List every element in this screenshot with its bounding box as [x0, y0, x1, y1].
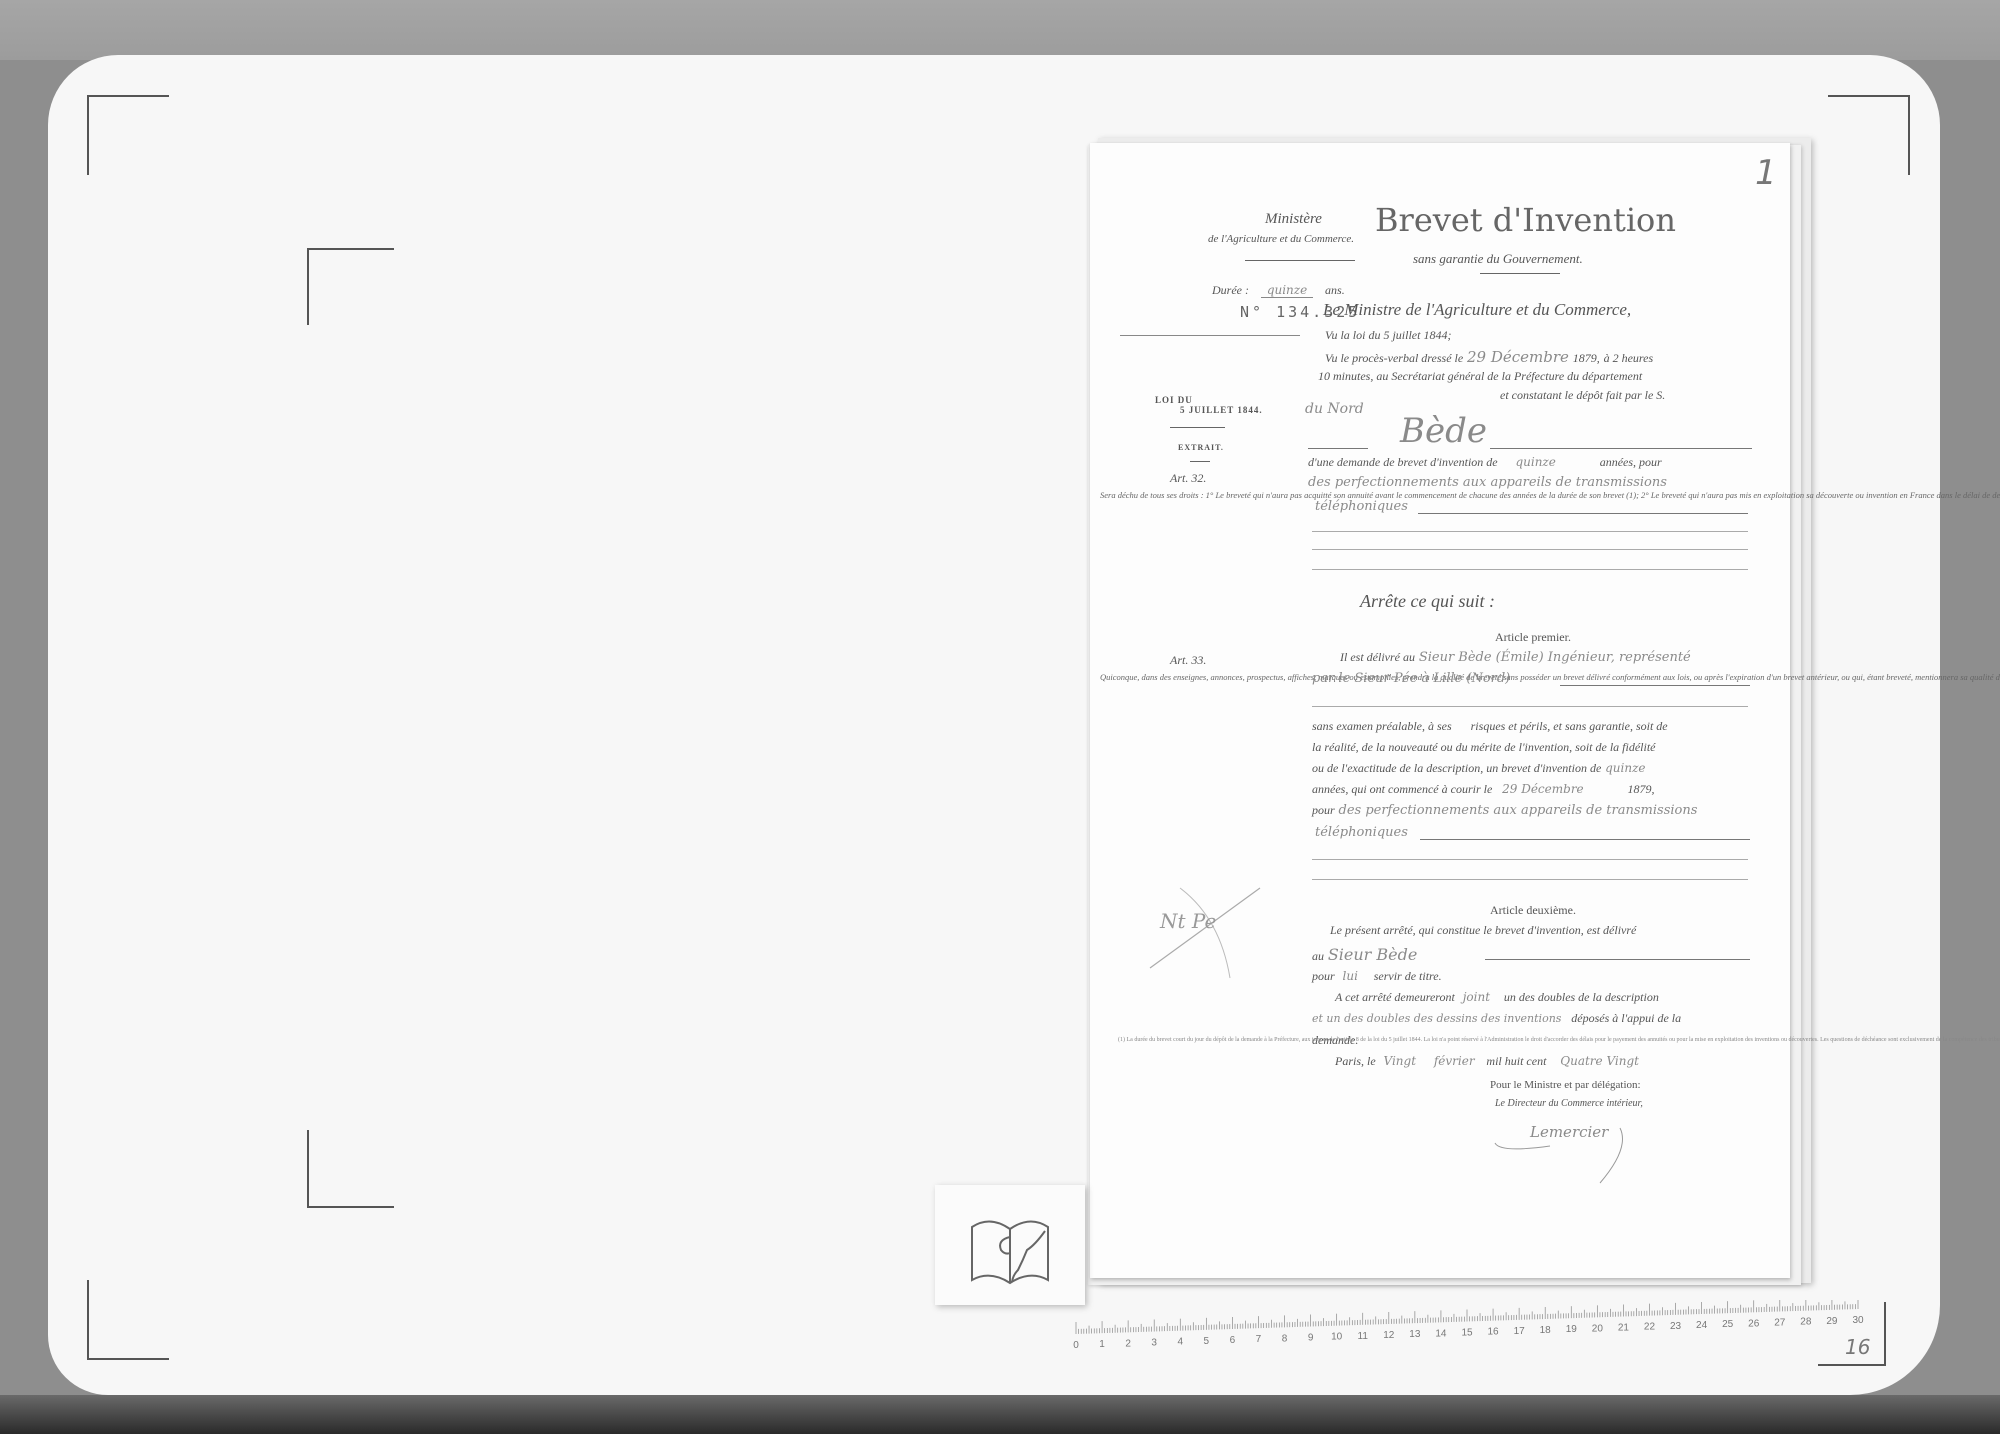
svg-text:5: 5: [1204, 1336, 1210, 1347]
svg-text:Nt Pe: Nt Pe: [1159, 909, 1216, 933]
article1-line5: pour des perfectionnements aux appareils…: [1312, 803, 1697, 818]
art33-text: Quiconque, dans des enseignes, annonces,…: [1100, 670, 1300, 684]
svg-text:7: 7: [1256, 1334, 1262, 1345]
invention-title-line1: des perfectionnements aux appareils de t…: [1308, 475, 1667, 490]
article2-line4: A cet arrêté demeureront joint un des do…: [1335, 990, 1659, 1005]
article2-line5: et un des doubles des dessins des invent…: [1312, 1011, 1681, 1026]
art32-title: Art. 32.: [1170, 471, 1206, 486]
demande-line: d'une demande de brevet d'invention de q…: [1308, 455, 1662, 470]
article1-blank-2: [1312, 879, 1748, 880]
applicant-line-left: [1308, 448, 1368, 449]
applicant-line-right: [1490, 448, 1752, 449]
svg-text:25: 25: [1722, 1319, 1734, 1330]
header-divider: [1120, 335, 1300, 336]
art33-title: Art. 33.: [1170, 653, 1206, 668]
ministry-subtitle: de l'Agriculture et du Commerce.: [1208, 233, 1354, 245]
svg-text:4: 4: [1177, 1337, 1183, 1348]
extract-divider: [1190, 461, 1210, 462]
article2-line3: pour lui servir de titre.: [1312, 969, 1442, 984]
svg-text:23: 23: [1670, 1321, 1682, 1332]
duration-row: Durée : quinze ans.: [1212, 283, 1345, 298]
article1-line2: la réalité, de la nouveauté ou du mérite…: [1312, 740, 1656, 755]
crop-mark-inner-bottom-left: [307, 1130, 394, 1208]
svg-text:17: 17: [1514, 1326, 1526, 1337]
invention-title-line2: téléphoniques: [1315, 499, 1408, 514]
measurement-ruler: 0123456789101112131415161718192021222324…: [1068, 1300, 1868, 1350]
article1-title: Article premier.: [1495, 630, 1571, 645]
crop-mark-top-right: [1828, 95, 1910, 175]
law-heading-line1: LOI DU: [1155, 395, 1193, 405]
svg-text:13: 13: [1409, 1329, 1421, 1340]
blank-line-3: [1312, 569, 1748, 570]
directeur-title: Le Directeur du Commerce intérieur,: [1495, 1098, 1643, 1109]
pour-le-ministre: Pour le Ministre et par délégation:: [1490, 1079, 1641, 1091]
svg-text:26: 26: [1748, 1318, 1760, 1329]
article1-line3: ou de l'exactitude de la description, un…: [1312, 761, 1646, 776]
article1-recipient-line2: par le Sieur Pée à Lille (Nord): [1312, 671, 1510, 686]
svg-text:11: 11: [1358, 1331, 1369, 1342]
svg-text:9: 9: [1308, 1333, 1314, 1344]
svg-text:2: 2: [1125, 1338, 1131, 1349]
svg-text:21: 21: [1618, 1323, 1630, 1334]
duration-value: quinze: [1261, 283, 1313, 298]
crop-mark-inner-top-left: [307, 248, 394, 325]
svg-text:18: 18: [1540, 1325, 1552, 1336]
arrete-heading: Arrête ce qui suit :: [1360, 591, 1495, 612]
article2-line1: Le présent arrêté, qui constitue le brev…: [1330, 923, 1636, 938]
invention-line-end: [1418, 513, 1748, 514]
article2-title: Article deuxième.: [1490, 903, 1576, 918]
svg-text:19: 19: [1566, 1324, 1578, 1335]
article2-line6: demande.: [1312, 1033, 1358, 1048]
department-value: du Nord: [1305, 401, 1364, 417]
svg-text:15: 15: [1461, 1328, 1473, 1339]
svg-text:20: 20: [1592, 1323, 1604, 1334]
svg-text:1: 1: [1099, 1339, 1105, 1350]
svg-text:22: 22: [1644, 1322, 1656, 1333]
svg-text:24: 24: [1696, 1320, 1708, 1331]
svg-text:28: 28: [1800, 1317, 1812, 1328]
extract-label: EXTRAIT.: [1178, 443, 1224, 452]
article1-recipient-line: Il est délivré au Sieur Bède (Émile) Ing…: [1340, 650, 1691, 665]
svg-text:8: 8: [1282, 1333, 1288, 1344]
vu-proces-verbal: Vu le procès-verbal dressé le 29 Décembr…: [1325, 348, 1653, 366]
scanner-background-bottom: [0, 1395, 2000, 1434]
vu-loi: Vu la loi du 5 juillet 1844;: [1325, 328, 1451, 343]
recipient-blank-line: [1312, 706, 1748, 707]
document-title: Brevet d'Invention: [1375, 201, 1676, 239]
svg-text:0: 0: [1073, 1340, 1079, 1350]
svg-text:29: 29: [1826, 1316, 1838, 1327]
svg-text:6: 6: [1230, 1335, 1236, 1346]
signature-flourish: [1490, 1118, 1650, 1188]
svg-text:3: 3: [1151, 1338, 1157, 1349]
crop-mark-bottom-left: [87, 1280, 169, 1360]
blank-line-1: [1312, 531, 1748, 532]
art32-text: Sera déchu de tous ses droits : 1° Le br…: [1100, 488, 1300, 502]
svg-text:10: 10: [1331, 1332, 1343, 1343]
folio-mark: 1: [1755, 153, 1777, 193]
article2-line-end: [1485, 959, 1750, 960]
law-footnote: (1) La durée du brevet court du jour du …: [1118, 1036, 1308, 1045]
duration-unit: ans.: [1325, 283, 1345, 297]
patent-document: 1 Ministère de l'Agriculture et du Comme…: [1090, 143, 1790, 1278]
article2-line2: au Sieur Bède: [1312, 945, 1417, 964]
minister-line: Le Ministre de l'Agriculture et du Comme…: [1323, 300, 1631, 320]
paris-date-line: Paris, le Vingt février mil huit cent Qu…: [1335, 1054, 1639, 1069]
article1-line4: années, qui ont commencé à courir le 29 …: [1312, 782, 1654, 797]
ornament-divider: [1245, 260, 1355, 261]
svg-text:14: 14: [1435, 1328, 1447, 1339]
article1-line1: sans examen préalable, à ses risques et …: [1312, 719, 1668, 734]
constatant-line: et constatant le dépôt fait par le S.: [1500, 388, 1665, 403]
minutes-line: 10 minutes, au Secrétariat général de la…: [1318, 369, 1642, 384]
duration-label: Durée :: [1212, 283, 1249, 297]
law-divider: [1170, 427, 1225, 428]
archive-logo-card: [935, 1185, 1085, 1305]
crop-mark-top-left: [87, 95, 169, 175]
article1-blank-1: [1312, 859, 1748, 860]
article1-line6: téléphoniques: [1315, 825, 1408, 840]
article1-line-end: [1420, 839, 1750, 840]
ministry-title: Ministère: [1265, 211, 1322, 228]
ruler-ticks: 0123456789101112131415161718192021222324…: [1068, 1300, 1868, 1350]
recipient-line-end: [1560, 685, 1750, 686]
scanner-background-top: [0, 0, 2000, 60]
applicant-name: Bède: [1400, 411, 1487, 451]
blank-line-2: [1312, 549, 1748, 550]
open-book-map-icon: [935, 1185, 1085, 1305]
initials-mark: Nt Pe: [1130, 858, 1280, 988]
law-heading-line2: 5 JUILLET 1844.: [1180, 405, 1263, 415]
document-subtitle: sans garantie du Gouvernement.: [1413, 251, 1583, 267]
title-divider: [1480, 273, 1560, 274]
svg-text:27: 27: [1774, 1318, 1786, 1329]
svg-text:12: 12: [1383, 1330, 1395, 1341]
svg-text:16: 16: [1488, 1327, 1500, 1338]
svg-text:30: 30: [1852, 1315, 1864, 1326]
